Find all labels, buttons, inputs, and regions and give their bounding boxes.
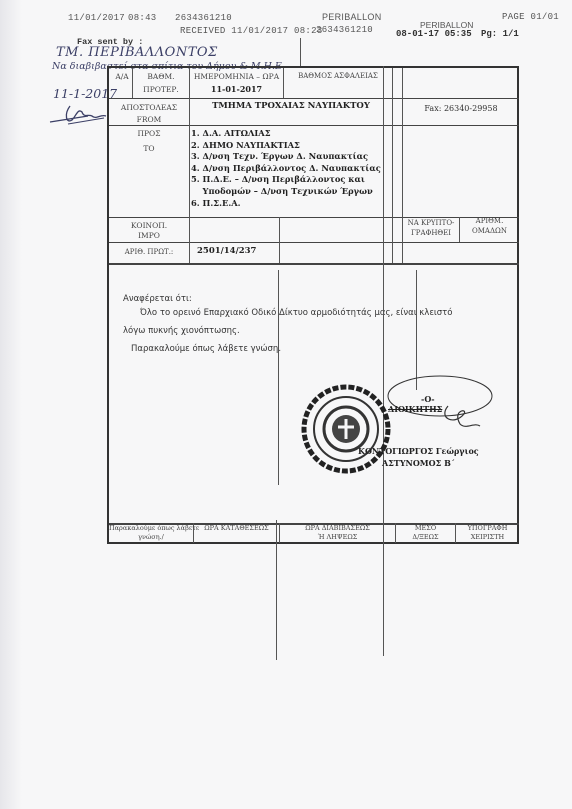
col-divider	[392, 68, 393, 263]
from-label-en: FROM	[109, 114, 189, 125]
fold-line-left-lower	[276, 520, 277, 660]
signature-title-2: ΔΙΟΙΚΗΤΗΣ	[388, 404, 442, 414]
fax-received-number: 2634361210	[316, 25, 373, 35]
handwritten-department: ΤΜ. ΠΕΡΙΒΑΛΛΟΝΤΟΣ	[56, 45, 218, 60]
recipient-item: 3. Δ/νση Τεχν. Έργων Δ. Ναυπακτίας	[191, 151, 381, 163]
encrypt-label-2: ΓΡΑΦΗΘΕΙ	[403, 228, 459, 239]
recipient-item: 2. ΔΗΜΟ ΝΑΥΠΑΚΤΙΑΣ	[191, 140, 381, 152]
priority-label: ΒΑΘΜ.	[133, 71, 189, 82]
fold-line-left	[278, 270, 279, 485]
transmission-time-label: ΩΡΑ ΔΙΑΒΙΒΑΣΕΩΣ	[280, 524, 395, 533]
recipient-item: Υποδομών – Δ/νση Τεχνικών Έργων	[191, 186, 381, 198]
message-line-2: λόγω πυκνής χιονόπτωσης.	[123, 326, 240, 336]
scan-edge-shadow	[0, 0, 22, 809]
row-divider	[109, 242, 519, 243]
signature-title-1: -Ο-	[421, 394, 435, 404]
medium-label: ΜΕΣΟ	[396, 524, 455, 533]
fax-header-number: 2634361210	[175, 13, 232, 23]
fax-value: Fax: 26340-29958	[403, 103, 519, 114]
row-divider	[109, 98, 519, 99]
footer-note: Παρακαλούμε όπως λάβετε	[109, 524, 193, 533]
from-value: ΤΜΗΜΑ ΤΡΟΧΑΙΑΣ ΝΑΥΠΑΚΤΟΥ	[190, 101, 392, 112]
message-line-1: Όλο το ορεινό Επαρχιακό Οδικό Δίκτυο αρμ…	[140, 308, 453, 318]
recipient-item: 6. Π.Σ.Ε.Α.	[191, 198, 381, 210]
fax-received-datetime: 08-01-17 05:35	[396, 29, 472, 39]
date-value: 11-01-2017	[190, 84, 283, 95]
medium-label-2: Δ/ΞΕΩΣ	[396, 533, 455, 542]
protocol-value: 2501/14/237	[197, 246, 256, 257]
fax-header-date: 11/01/2017	[68, 13, 125, 23]
handwritten-signature-icon	[48, 100, 110, 128]
security-label: ΒΑΘΜΟΣ ΑΣΦΑΛΕΙΑΣ	[284, 71, 392, 82]
cc-label-en: ΙΜΡΟ	[109, 230, 189, 241]
aa-label: Α/Α	[111, 71, 133, 82]
fax-header-page: PAGE 01/01	[502, 12, 559, 22]
operator-signature-label: ΥΠΟΓΡΑΦΗ	[456, 524, 519, 533]
row-divider	[109, 125, 519, 126]
protocol-label: ΑΡΙΘ. ΠΡΩΤ.:	[109, 247, 189, 258]
signatory-rank: ΑΣΤΥΝΟΜΟΣ Β΄	[382, 458, 455, 468]
footer-note-2: γνώση./	[109, 533, 193, 542]
message-intro: Αναφέρεται ότι:	[123, 294, 192, 304]
message-line-3: Παρακαλούμε όπως λάβετε γνώση.	[131, 344, 281, 354]
date-time-label: ΗΜΕΡΟΜΗΝΙΑ – ΩΡΑ	[190, 71, 283, 82]
col-divider	[189, 68, 190, 263]
fax-received-line: RECEIVED 11/01/2017 08:23	[180, 26, 323, 36]
recipient-list: 1. Δ.Α. ΑΙΤΩΛΙΑΣ 2. ΔΗΜΟ ΝΑΥΠΑΚΤΙΑΣ 3. Δ…	[191, 128, 381, 209]
fax-pg: Pg: 1/1	[481, 29, 519, 39]
row-divider	[109, 263, 519, 265]
operator-signature-label-2: ΧΕΙΡΙΣΤΗ	[456, 533, 519, 542]
transmission-time-label-2: Ή ΛΗΨΕΩΣ	[280, 533, 395, 542]
signatory-name: ΚΟΝΤΟΓΙΩΡΓΟΣ Γεώργιος	[358, 446, 479, 456]
to-label-en: ΤΟ	[109, 143, 189, 154]
col-divider	[279, 217, 280, 263]
groups-label-2: ΟΜΑΔΩΝ	[460, 226, 519, 237]
signature-scribble-icon	[378, 368, 498, 438]
to-label: ΠΡΟΣ	[109, 128, 189, 139]
fax-header-station: PERIBALLON	[322, 12, 382, 22]
from-label: ΑΠΟΣΤΟΛΕΑΣ	[109, 102, 189, 113]
priority-label-2: ΠΡΟΤΕΡ.	[133, 84, 189, 95]
recipient-item: 4. Δ/νση Περιβάλλοντος Δ. Ναυπακτίας	[191, 163, 381, 175]
filing-time-label: ΩΡΑ ΚΑΤΑΘΕΣΕΩΣ	[194, 524, 279, 533]
recipient-item: 5. Π.Δ.Ε. – Δ/νση Περιβάλλοντος και	[191, 174, 381, 186]
recipient-item: 1. Δ.Α. ΑΙΤΩΛΙΑΣ	[191, 128, 381, 140]
fax-header-time: 08:43	[128, 13, 157, 23]
fold-line-right	[383, 66, 384, 656]
fold-line-top	[300, 38, 301, 68]
